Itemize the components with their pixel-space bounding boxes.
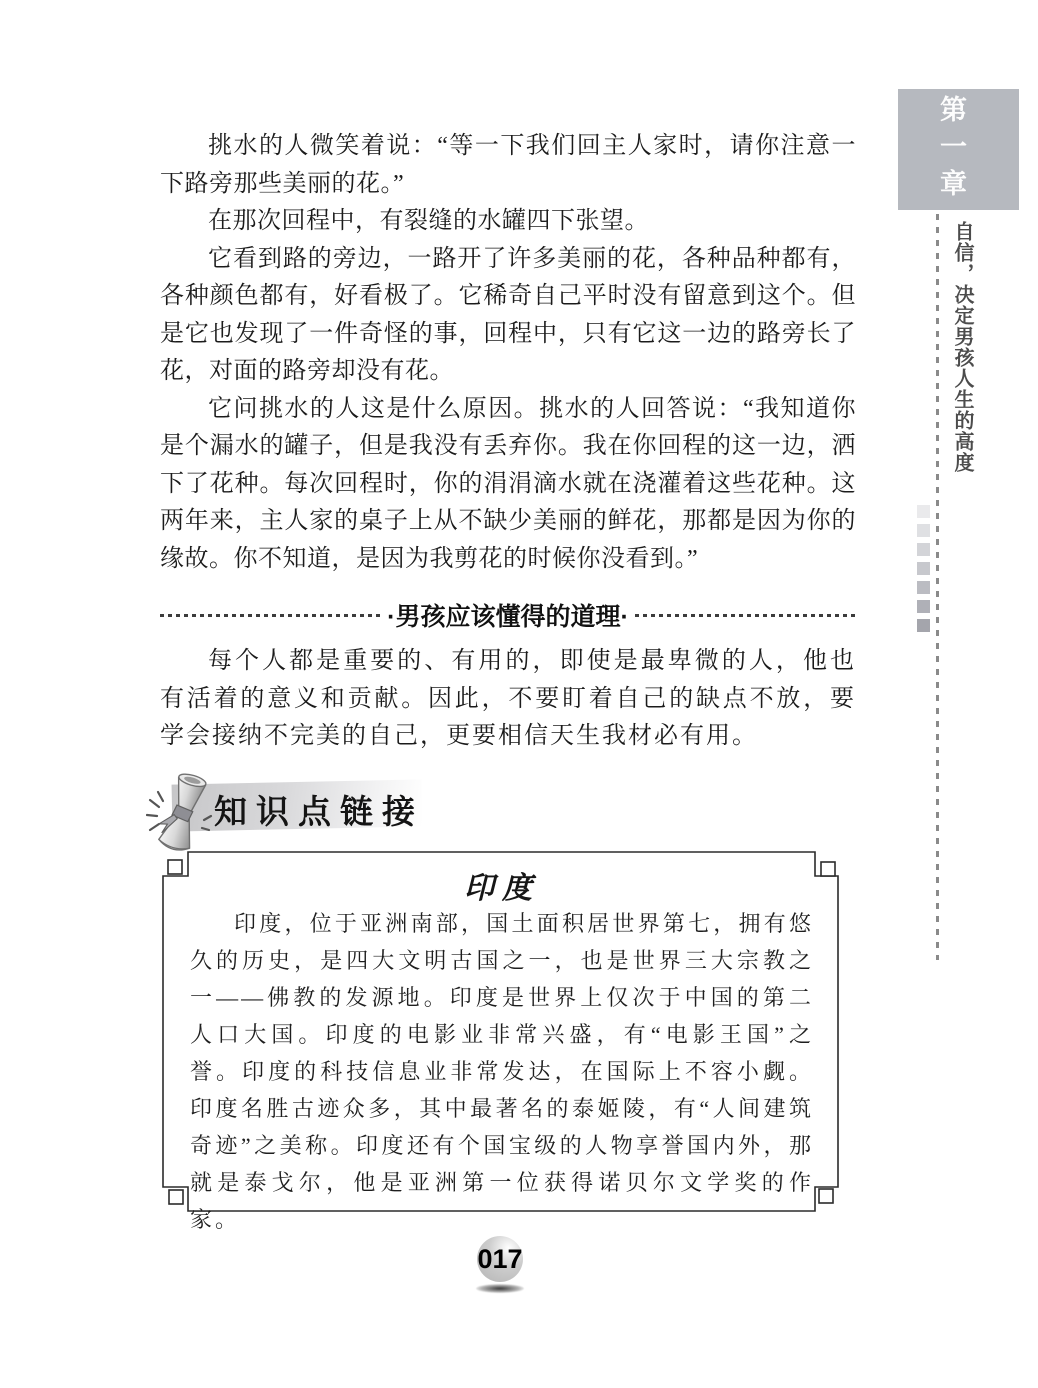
principle-header-text: ·男孩应该懂得的道理· (381, 597, 635, 633)
gradient-step-squares (917, 505, 930, 638)
gradient-square (917, 524, 930, 537)
gradient-square (917, 619, 930, 632)
principle-section-header: ·男孩应该懂得的道理· (160, 599, 856, 631)
gradient-square (917, 505, 930, 518)
story-paragraph: 它看到路的旁边，一路开了许多美丽的花，各种品种都有，各种颜色都有，好看极了。它稀… (160, 241, 856, 391)
knowledge-box: 印度 印度，位于亚洲南部，国土面积居世界第七，拥有悠久的历史，是四大文明古国之一… (156, 845, 848, 1229)
knowledge-box-paragraph: 印度，位于亚洲南部，国土面积居世界第七，拥有悠久的历史，是四大文明古国之一，也是… (190, 905, 814, 1238)
page-number-badge: 017 (477, 1236, 523, 1282)
story-text: 挑水的人微笑着说：“等一下我们回主人家时，请你注意一下路旁那些美丽的花。” 在那… (160, 128, 856, 578)
story-paragraph: 在那次回程中，有裂缝的水罐四下张望。 (160, 203, 856, 241)
knowledge-box-title: 印度 (156, 863, 848, 907)
gradient-square (917, 543, 930, 556)
dotted-rule-right (635, 614, 856, 617)
scroll-icon (146, 770, 220, 856)
principle-paragraph: 每个人都是重要的、有用的，即使是最卑微的人，他也有活着的意义和贡献。因此，不要盯… (160, 643, 856, 756)
gradient-square (917, 562, 930, 575)
story-paragraph: 挑水的人微笑着说：“等一下我们回主人家时，请你注意一下路旁那些美丽的花。” (160, 128, 856, 203)
page-number: 017 (477, 1244, 522, 1275)
chapter-number-label: 第一章 (932, 95, 971, 206)
knowledge-banner-label: 知识点链接 (214, 786, 424, 833)
page-number-shadow (476, 1284, 524, 1293)
gradient-square (917, 600, 930, 613)
principle-body: 每个人都是重要的、有用的，即使是最卑微的人，他也有活着的意义和贡献。因此，不要盯… (160, 643, 856, 756)
knowledge-box-body: 印度，位于亚洲南部，国土面积居世界第七，拥有悠久的历史，是四大文明古国之一，也是… (190, 905, 814, 1238)
chapter-number-box: 第一章 (898, 89, 1019, 210)
gradient-square (917, 581, 930, 594)
book-page: 挑水的人微笑着说：“等一下我们回主人家时，请你注意一下路旁那些美丽的花。” 在那… (0, 0, 1038, 1388)
sidebar-dashed-rule (936, 214, 939, 960)
dotted-rule-left (160, 614, 381, 617)
story-paragraph: 它问挑水的人这是什么原因。挑水的人回答说：“我知道你是个漏水的罐子，但是我没有丢… (160, 391, 856, 579)
chapter-title-vertical: 自信，决定男孩人生的高度 (948, 221, 977, 481)
